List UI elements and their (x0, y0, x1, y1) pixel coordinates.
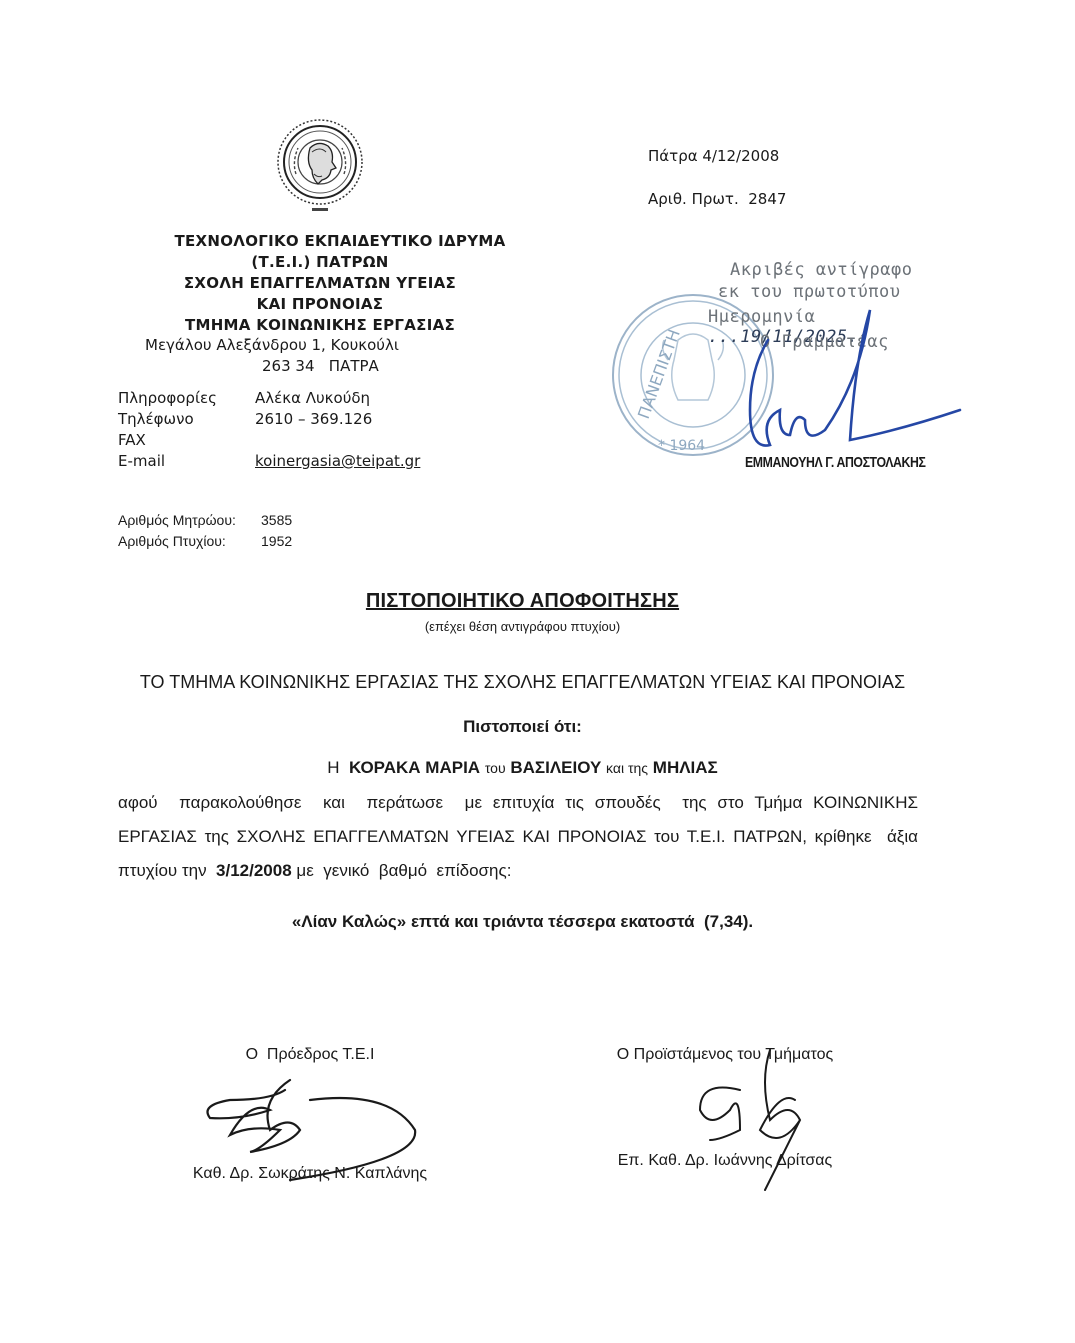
email-label: E-mail (118, 451, 255, 472)
protocol-number: Αριθ. Πρωτ. 2847 (648, 190, 786, 208)
email-link[interactable]: koinergasia@teipat.gr (255, 452, 420, 470)
letterhead-line: ΚΑΙ ΠΡΟΝΟΙΑΣ (110, 294, 530, 315)
document-subtitle: (επέχει θέση αντιγράφου πτυχίου) (0, 619, 1045, 634)
mother-prefix: και της (606, 760, 648, 776)
address-line-1: Μεγάλου Αλεξάνδρου 1, Κουκούλι (145, 335, 399, 356)
certified-copy-stamp: ΠΑΝΕΠΙΣΤΗ * 1964 Ακριβές αντίγραφο εκ το… (600, 260, 980, 490)
letterhead-line: ΣΧΟΛΗ ΕΠΑΓΓΕΛΜΑΤΩΝ ΥΓΕΙΑΣ (110, 273, 530, 294)
info-label: Πληροφορίες (118, 388, 255, 409)
president-name: Καθ. Δρ. Σωκράτης Ν. Καπλάνης (160, 1165, 460, 1183)
phone-label: Τηλέφωνο (118, 409, 255, 430)
department-line: ΤΟ ΤΜΗΜΑ ΚΟΙΝΩΝΙΚΗΣ ΕΡΓΑΣΙΑΣ ΤΗΣ ΣΧΟΛΗΣ … (0, 672, 1045, 693)
letterhead-institution: ΤΕΧΝΟΛΟΓΙΚΟ ΕΚΠΑΙΔΕΥΤΙΚΟ ΙΔΡΥΜΑ (Τ.Ε.Ι.)… (110, 231, 530, 336)
info-value: Αλέκα Λυκούδη (255, 389, 370, 407)
president-title: Ο Πρόεδρος Τ.Ε.Ι (180, 1046, 440, 1064)
letterhead-line: ΤΕΧΝΟΛΟΓΙΚΟ ΕΚΠΑΙΔΕΥΤΙΚΟ ΙΔΡΥΜΑ (150, 231, 530, 252)
body-line-1: αφού παρακολούθησε και περάτωσε με επιτυ… (118, 793, 918, 813)
contact-info-row: ΠληροφορίεςΑλέκα Λυκούδη (118, 388, 370, 409)
president-signature-icon (190, 1070, 430, 1170)
registry-number-row: Αριθμός Μητρώου:3585 (118, 510, 292, 531)
father-name: ΒΑΣΙΛΕΙΟΥ (510, 758, 601, 777)
stamp-signatory: ΕΜΜΑΝΟΥΗΛ Γ. ΑΠΟΣΤΟΛΑΚΗΣ (745, 454, 925, 471)
place-date: Πάτρα 4/12/2008 (648, 147, 779, 165)
degree-label: Αριθμός Πτυχίου: (118, 531, 261, 552)
name-prefix: Η (327, 758, 339, 777)
degree-value: 1952 (261, 533, 292, 549)
address-line-2: 263 34 ΠΑΤΡΑ (262, 356, 379, 377)
graduate-name-line: Η ΚΟΡΑΚΑ ΜΑΡΙΑ του ΒΑΣΙΛΕΙΟΥ και της ΜΗΛ… (0, 758, 1045, 778)
contact-email-row: E-mailkoinergasia@teipat.gr (118, 451, 420, 472)
degree-number-row: Αριθμός Πτυχίου:1952 (118, 531, 292, 552)
fax-label: FAX (118, 430, 255, 451)
department-head-signature-icon (680, 1040, 820, 1200)
body-line-2: ΕΡΓΑΣΙΑΣ της ΣΧΟΛΗΣ ΕΠΑΓΓΕΛΜΑΤΩΝ ΥΓΕΙΑΣ … (118, 827, 918, 847)
graduation-date: 3/12/2008 (216, 861, 292, 880)
father-prefix: του (485, 760, 506, 776)
body-line-3-prefix: πτυχίου την (118, 861, 207, 880)
body-line-3-suffix: με γενικό βαθμό επίδοσης: (296, 861, 511, 880)
registry-value: 3585 (261, 512, 292, 528)
document-title: ΠΙΣΤΟΠΟΙΗΤΙΚΟ ΑΠΟΦΟΙΤΗΣΗΣ (0, 590, 1045, 613)
phone-value: 2610 – 369.126 (255, 410, 372, 428)
tei-patras-seal-icon (268, 112, 372, 216)
body-line-3: πτυχίου την 3/12/2008 με γενικό βαθμό επ… (118, 861, 511, 881)
department-head-name: Επ. Καθ. Δρ. Ιωάννης Δρίτσας (590, 1152, 860, 1170)
certifies-heading: Πιστοποιεί ότι: (0, 717, 1045, 737)
contact-phone-row: Τηλέφωνο2610 – 369.126 (118, 409, 372, 430)
institution-seal (268, 112, 372, 216)
graduate-name: ΚΟΡΑΚΑ ΜΑΡΙΑ (349, 758, 480, 777)
grade-line: «Λίαν Καλώς» επτά και τριάντα τέσσερα εκ… (0, 912, 1045, 932)
mother-name: ΜΗΛΙΑΣ (653, 758, 718, 777)
registry-label: Αριθμός Μητρώου: (118, 510, 261, 531)
contact-fax-row: FAX (118, 430, 255, 451)
letterhead-line: (Τ.Ε.Ι.) ΠΑΤΡΩΝ (110, 252, 530, 273)
letterhead-line: ΤΜΗΜΑ ΚΟΙΝΩΝΙΚΗΣ ΕΡΓΑΣΙΑΣ (110, 315, 530, 336)
